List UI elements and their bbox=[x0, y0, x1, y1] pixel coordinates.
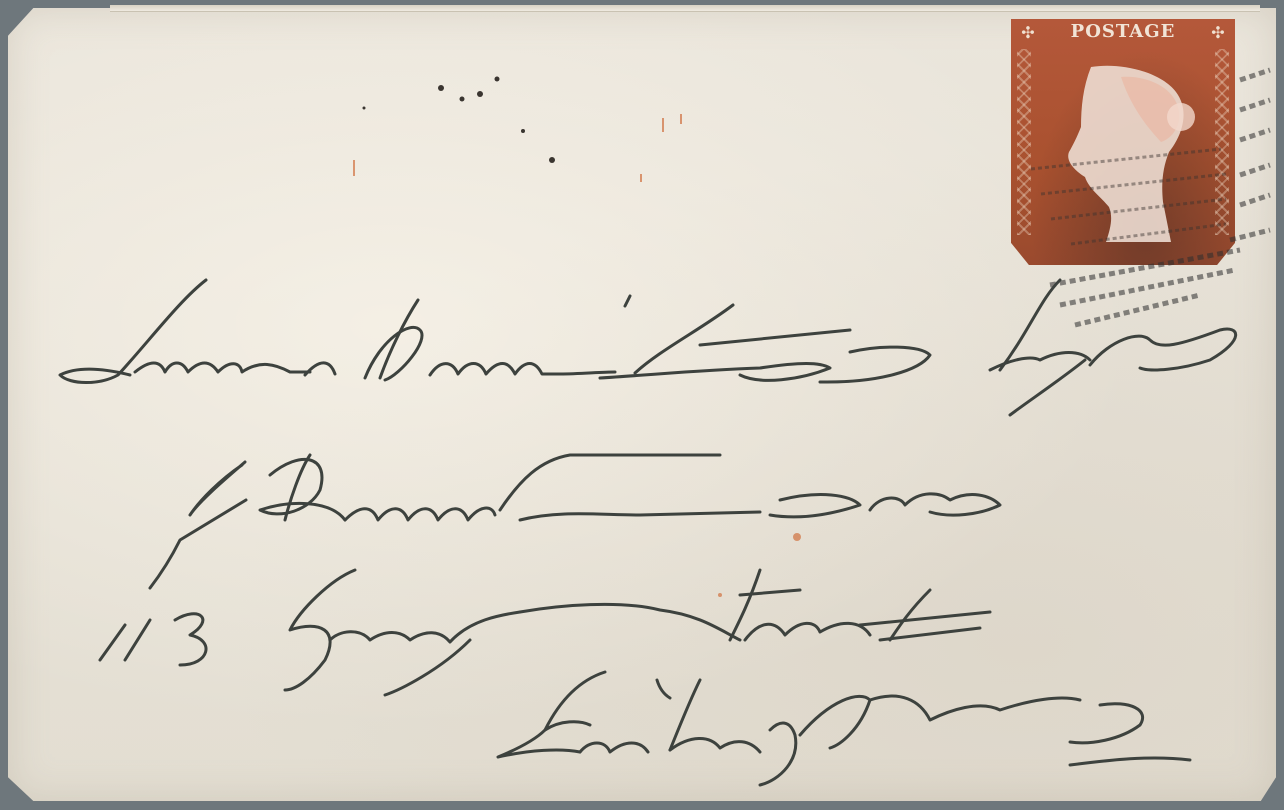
handwritten-address bbox=[0, 0, 1284, 810]
